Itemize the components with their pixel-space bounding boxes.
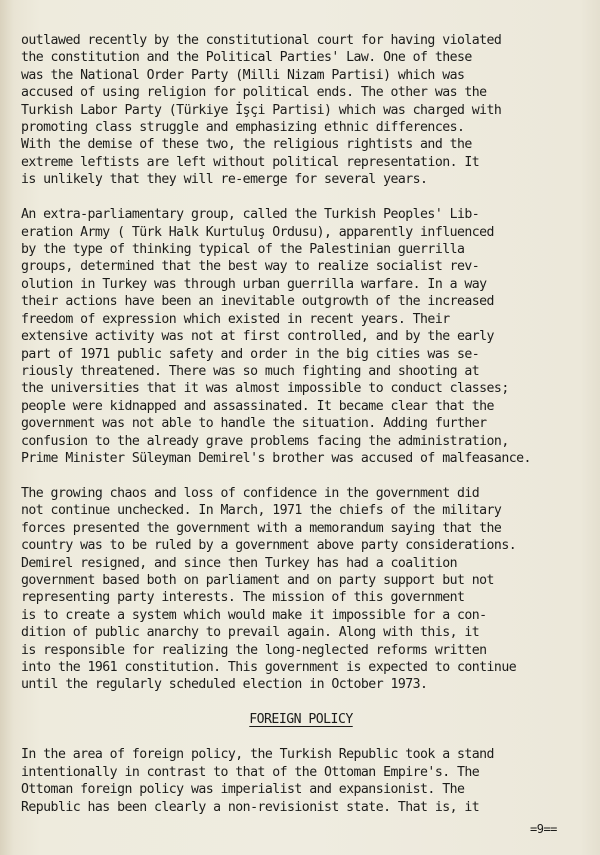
text-line: Republic has been clearly a non-revision… xyxy=(21,799,596,816)
text-line: confusion to the already grave problems … xyxy=(21,433,596,450)
section-heading-text: FOREIGN POLICY xyxy=(249,712,352,727)
text-line: the universities that it was almost impo… xyxy=(21,380,596,397)
text-line: intentionally in contrast to that of the… xyxy=(21,764,596,781)
text-line: olution in Turkey was through urban guer… xyxy=(21,276,596,293)
paragraph-liberation-army: An extra-parliamentary group, called the… xyxy=(21,206,596,467)
text-line: extensive activity was not at first cont… xyxy=(21,328,596,345)
text-line: dition of public anarchy to prevail agai… xyxy=(21,624,596,641)
text-line: Turkish Labor Party (Türkiye İşçi Partis… xyxy=(21,102,596,119)
text-line: riously threatened. There was so much fi… xyxy=(21,363,596,380)
text-line: representing party interests. The missio… xyxy=(21,589,596,606)
text-line: not continue unchecked. In March, 1971 t… xyxy=(21,502,596,519)
paragraph-foreign-policy: In the area of foreign policy, the Turki… xyxy=(21,746,596,816)
text-line: people were kidnapped and assassinated. … xyxy=(21,398,596,415)
page-number: =9== xyxy=(530,822,557,836)
text-line: country was to be ruled by a government … xyxy=(21,537,596,554)
text-line: groups, determined that the best way to … xyxy=(21,258,596,275)
text-line: is to create a system which would make i… xyxy=(21,607,596,624)
text-line: forces presented the government with a m… xyxy=(21,520,596,537)
text-line: is responsible for realizing the long-ne… xyxy=(21,642,596,659)
text-line: the constitution and the Political Parti… xyxy=(21,49,596,66)
text-line: their actions have been an inevitable ou… xyxy=(21,293,596,310)
paragraph-party-bans: outlawed recently by the constitutional … xyxy=(21,32,596,189)
text-line: government was not able to handle the si… xyxy=(21,415,596,432)
text-line: Prime Minister Süleyman Demirel's brothe… xyxy=(21,450,596,467)
text-line: into the 1961 constitution. This governm… xyxy=(21,659,596,676)
text-line: Ottoman foreign policy was imperialist a… xyxy=(21,781,596,798)
text-line: extreme leftists are left without politi… xyxy=(21,154,596,171)
section-heading: FOREIGN POLICY xyxy=(21,711,581,728)
text-line: The growing chaos and loss of confidence… xyxy=(21,485,596,502)
document-page: outlawed recently by the constitutional … xyxy=(21,32,596,816)
text-line: government based both on parliament and … xyxy=(21,572,596,589)
text-line: is unlikely that they will re-emerge for… xyxy=(21,171,596,188)
text-line: promoting class struggle and emphasizing… xyxy=(21,119,596,136)
text-line: accused of using religion for political … xyxy=(21,84,596,101)
paragraph-military-memorandum: The growing chaos and loss of confidence… xyxy=(21,485,596,694)
text-line: In the area of foreign policy, the Turki… xyxy=(21,746,596,763)
text-line: Demirel resigned, and since then Turkey … xyxy=(21,555,596,572)
text-line: was the National Order Party (Milli Niza… xyxy=(21,67,596,84)
text-line: An extra-parliamentary group, called the… xyxy=(21,206,596,223)
text-line: until the regularly scheduled election i… xyxy=(21,676,596,693)
text-line: With the demise of these two, the religi… xyxy=(21,136,596,153)
text-line: outlawed recently by the constitutional … xyxy=(21,32,596,49)
text-line: freedom of expression which existed in r… xyxy=(21,311,596,328)
text-line: by the type of thinking typical of the P… xyxy=(21,241,596,258)
text-line: eration Army ( Türk Halk Kurtuluş Ordusu… xyxy=(21,224,596,241)
text-line: part of 1971 public safety and order in … xyxy=(21,346,596,363)
